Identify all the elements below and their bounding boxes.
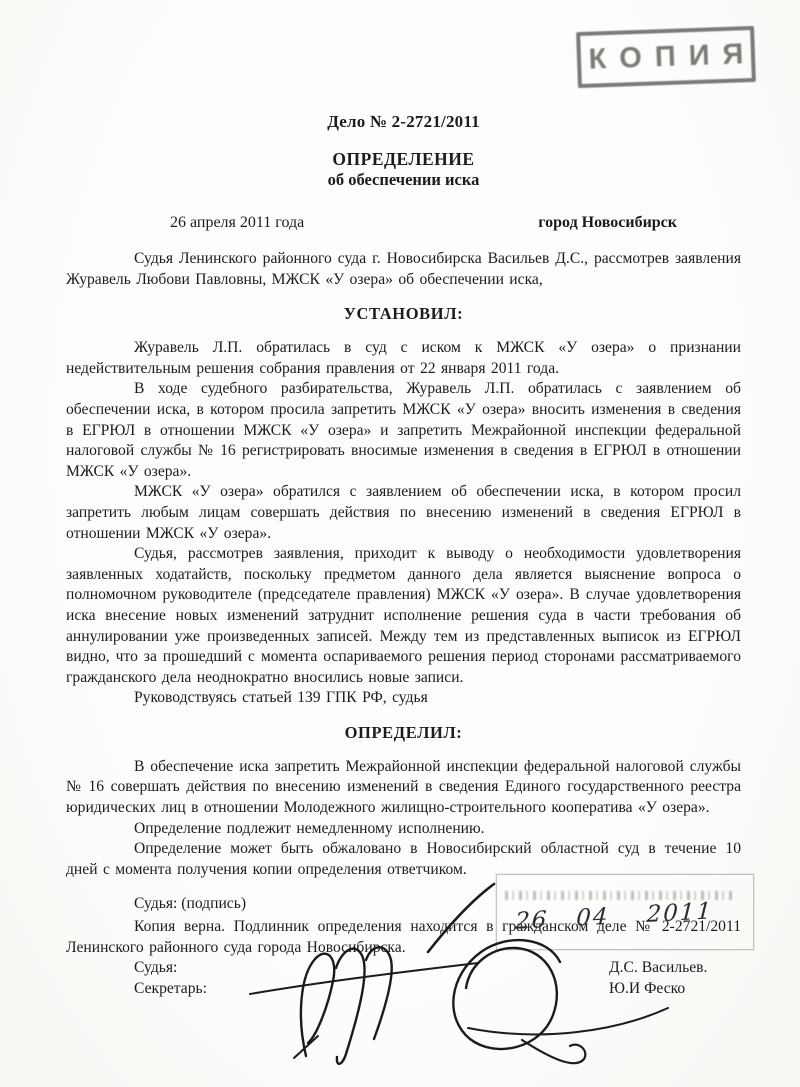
paragraph: Определение подлежит немедленному исполн… bbox=[66, 819, 741, 840]
intro-paragraph: Судья Ленинского районного суда г. Новос… bbox=[66, 249, 741, 290]
date-city-row: 26 апреля 2011 года город Новосибирск bbox=[66, 214, 741, 232]
signature-row-judge: Судья: Д.С. Васильев. bbox=[66, 958, 741, 979]
paragraph: Судья, рассмотрев заявления, приходит к … bbox=[66, 544, 741, 688]
paragraph: Руководствуясь статьей 139 ГПК РФ, судья bbox=[66, 688, 741, 709]
judge-label: Судья: bbox=[134, 958, 177, 979]
judge-name: Д.С. Васильев. bbox=[609, 958, 741, 979]
section-heading-established: УСТАНОВИЛ: bbox=[66, 303, 741, 324]
document-date: 26 апреля 2011 года bbox=[170, 214, 304, 232]
paragraph: Журавель Л.П. обратилась в суд с иском к… bbox=[66, 338, 741, 379]
signature-row-secretary: Секретарь: Ю.И Феско bbox=[66, 979, 741, 1000]
scanned-court-order-document: КОПИЯ Дело № 2-2721/2011 ОПРЕДЕЛЕНИЕ об … bbox=[0, 0, 800, 1087]
paragraph: В обеспечение иска запретить Межрайонной… bbox=[66, 757, 741, 819]
document-city: город Новосибирск bbox=[538, 214, 677, 232]
paragraph: В ходе судебного разбирательства, Жураве… bbox=[66, 379, 741, 482]
secretary-label: Секретарь: bbox=[134, 979, 207, 1000]
secretary-name: Ю.И Феско bbox=[609, 979, 741, 1000]
case-number: Дело № 2-2721/2011 bbox=[66, 112, 741, 132]
date-stamp-box: 26 04 2011 bbox=[496, 874, 754, 950]
section-heading-ruled: ОПРЕДЕЛИЛ: bbox=[66, 722, 741, 743]
paragraph: МЖСК «У озера» обратился с заявлением об… bbox=[66, 482, 741, 544]
document-body: Дело № 2-2721/2011 ОПРЕДЕЛЕНИЕ об обеспе… bbox=[66, 0, 741, 999]
document-subtitle: об обеспечении иска bbox=[66, 170, 741, 190]
handwritten-date: 26 04 2011 bbox=[514, 897, 735, 935]
document-title: ОПРЕДЕЛЕНИЕ bbox=[66, 149, 741, 170]
